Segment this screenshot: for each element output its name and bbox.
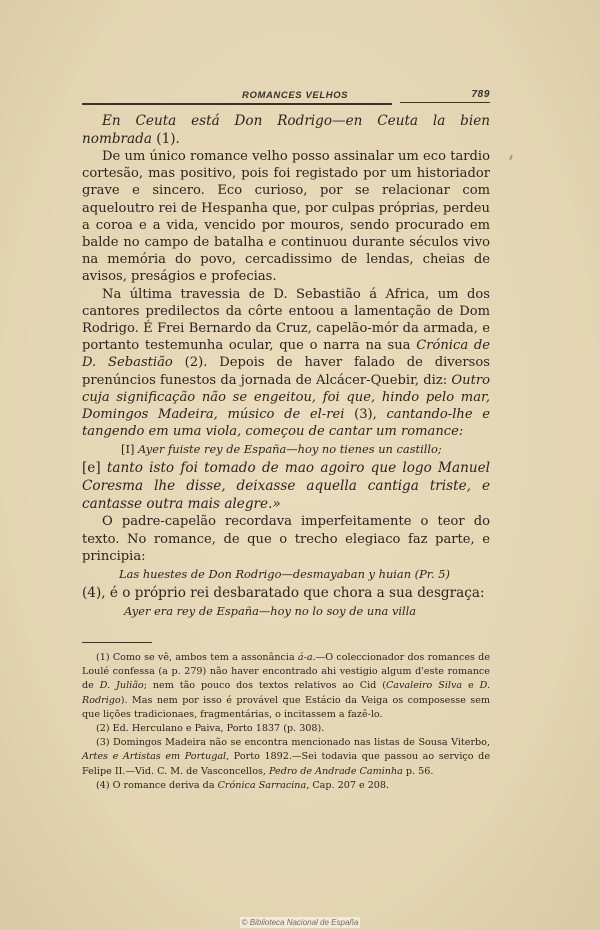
footnote-1: (1) Como se vê, ambos tem a assonância á… bbox=[82, 651, 490, 722]
main-text: En Ceuta está Don Rodrigo—en Ceuta la bi… bbox=[82, 112, 490, 620]
running-header: ROMANCES VELHOS 789 bbox=[82, 86, 490, 102]
footnotes: (1) Como se vê, ambos tem a assonância á… bbox=[82, 651, 490, 793]
paper-speck bbox=[509, 155, 513, 160]
footnote-rule bbox=[82, 642, 152, 643]
page-number: 789 bbox=[472, 89, 491, 100]
paragraph-3: [e] tanto isto foi tomado de mao agoiro … bbox=[82, 459, 490, 513]
paragraph-1: De um único romance velho posso assinala… bbox=[82, 148, 490, 286]
paragraph-5: (4), é o próprio rei desbaratado que cho… bbox=[82, 584, 490, 602]
paragraph-4: O padre-capelão recordava imperfeitament… bbox=[82, 513, 490, 565]
verse-quote-2: Las huestes de Don Rodrigo—desmayaban y … bbox=[82, 565, 490, 584]
verse-intro: En Ceuta está Don Rodrigo—en Ceuta la bi… bbox=[82, 112, 490, 148]
paragraph-2: Na última travessia de D. Sebastião á Af… bbox=[82, 286, 490, 441]
running-title: ROMANCES VELHOS bbox=[242, 90, 348, 101]
footnote-2: (2) Ed. Herculano e Paiva, Porto 1837 (p… bbox=[82, 722, 490, 736]
verse-quote-1: [I] Ayer fuiste rey de España—hoy no tie… bbox=[82, 440, 490, 459]
verse-quote-3: Ayer era rey de España—hoy no lo soy de … bbox=[82, 602, 490, 620]
footnote-4: (4) O romance deriva da Crónica Sarracin… bbox=[82, 779, 490, 793]
book-page: ROMANCES VELHOS 789 En Ceuta está Don Ro… bbox=[82, 86, 490, 793]
footnote-3: (3) Domingos Madeira não se encontra men… bbox=[82, 736, 490, 779]
library-credit: © Biblioteca Nacional de España bbox=[0, 918, 600, 927]
header-rule bbox=[82, 102, 490, 108]
